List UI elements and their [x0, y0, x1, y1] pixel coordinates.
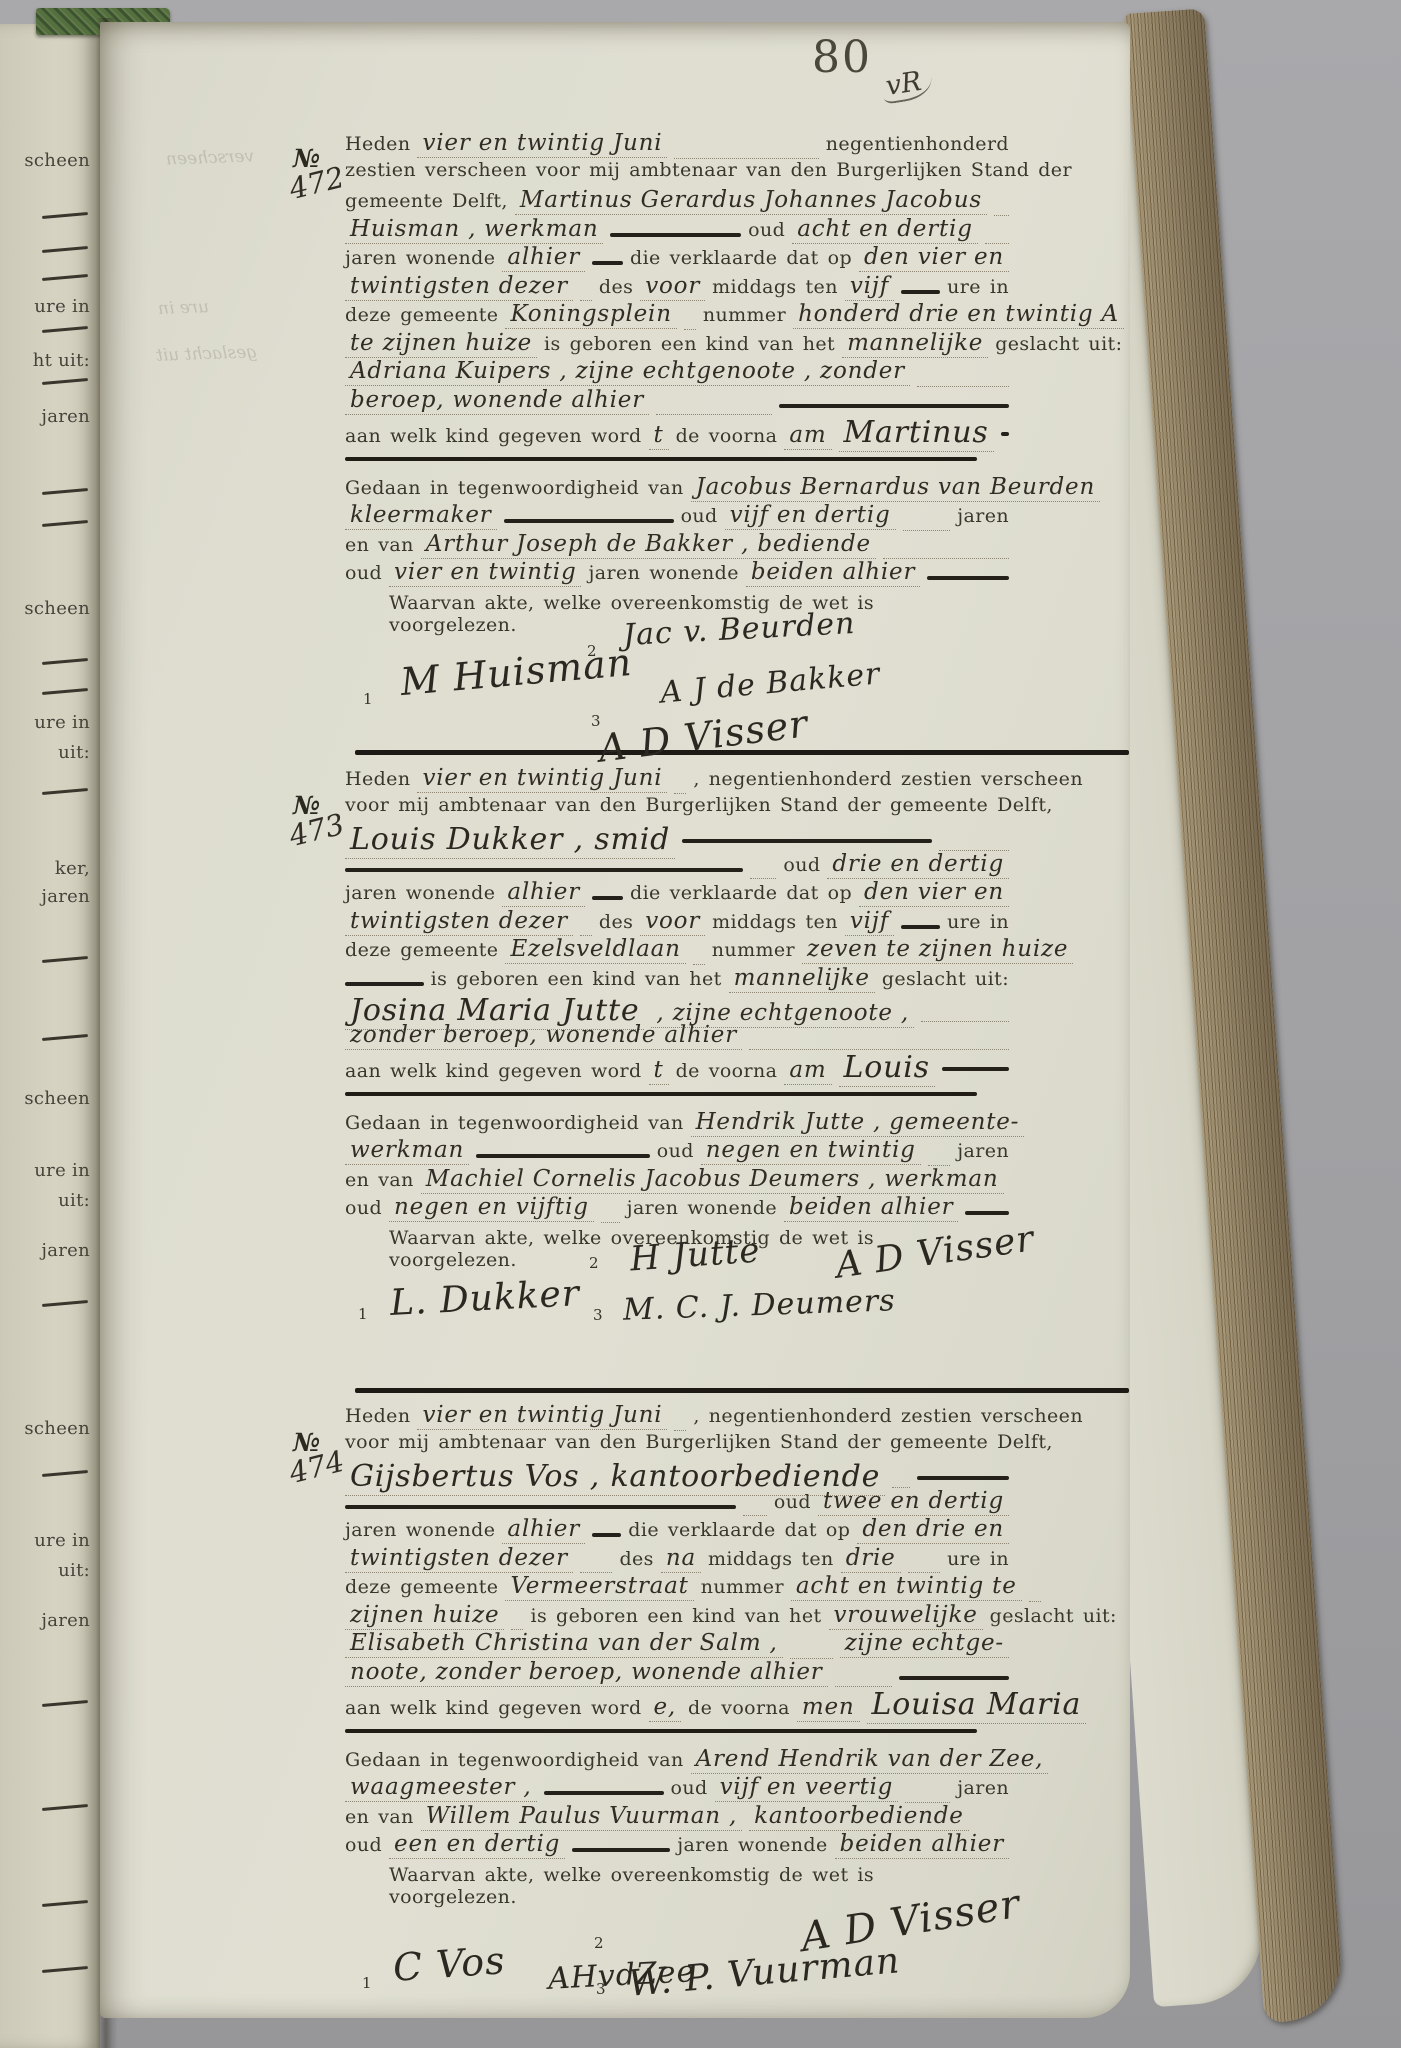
- facing-page-ink-stroke: [42, 688, 88, 695]
- facing-page-text-fragment: jaren: [0, 1240, 90, 1261]
- declaration-line: jaren wonendealhierdie verklaarde dat op…: [345, 244, 1009, 273]
- facing-page-ink-stroke: [42, 1300, 88, 1307]
- handwritten-text: Arend Hendrik van der Zee,: [691, 1746, 1049, 1774]
- printed-text: nummer: [703, 304, 786, 326]
- handwritten-text: Machiel Cornelis Jacobus Deumers , werkm…: [421, 1166, 1004, 1194]
- declaration-line: Louis Dukker , smid: [345, 822, 1009, 851]
- printed-text: des: [619, 1548, 653, 1570]
- signature-index: 2: [589, 1254, 599, 1272]
- ink-blank-rule: [682, 839, 932, 843]
- handwritten-text: voor: [640, 908, 705, 936]
- declaration-line: Elisabeth Christina van der Salm ,zijne …: [345, 1630, 1009, 1659]
- handwritten-text: zonder beroep, wonende alhier: [345, 1022, 742, 1050]
- witness-line: oudeen en dertigjaren wonendebeiden alhi…: [345, 1831, 1009, 1860]
- printed-text: jaren wonende: [345, 247, 495, 269]
- handwritten-text: twintigsten dezer: [345, 273, 573, 301]
- dotted-leader: [656, 409, 772, 415]
- ink-blank-rule: [901, 925, 940, 929]
- printed-text: des: [599, 276, 633, 298]
- printed-text: die verklaarde dat op: [630, 247, 852, 269]
- facing-page-text-fragment: ure in: [0, 1160, 90, 1181]
- page-number: 80: [812, 32, 872, 83]
- signature: A D Visser: [596, 701, 810, 770]
- dotted-leader: [994, 210, 1009, 216]
- signature: C Vos: [392, 1938, 507, 1990]
- ink-blank-rule: [345, 982, 424, 986]
- ink-blank-rule: [592, 261, 623, 265]
- handwritten-text: t: [649, 1057, 669, 1085]
- declaration-line: zijnen huizeis geboren een kind van hetv…: [345, 1602, 1009, 1631]
- handwritten-text: honderd drie en twintig A: [793, 301, 1124, 329]
- facing-page-text-fragment: uit:: [0, 742, 90, 763]
- declaration-line: zestien verscheen voor mij ambtenaar van…: [345, 159, 1009, 188]
- printed-text: middags ten: [708, 1548, 834, 1570]
- handwritten-text: e,: [649, 1694, 682, 1722]
- signature-index: 1: [362, 1974, 372, 1992]
- facing-page-ink-stroke: [42, 326, 88, 333]
- declaration-line: te zijnen huizeis geboren een kind van h…: [345, 330, 1009, 359]
- signature: M. C. J. Deumers: [622, 1283, 896, 1327]
- printed-text: oud: [345, 1834, 382, 1856]
- dotted-leader: [903, 525, 951, 531]
- printed-text: Heden: [345, 1405, 410, 1427]
- ink-blank-rule: [899, 1676, 1009, 1680]
- facing-page-ink-stroke: [42, 1034, 88, 1041]
- facing-page-ink-stroke: [42, 788, 88, 795]
- printed-text: en van: [345, 534, 414, 556]
- declaration-line: Adriana Kuipers , zijne echtgenoote , zo…: [345, 358, 1009, 387]
- handwritten-text: Koningsplein: [505, 301, 676, 329]
- handwritten-text: een en dertig: [389, 1831, 565, 1859]
- handwritten-text: drie en dertig: [827, 851, 1009, 879]
- witness-line: en vanMachiel Cornelis Jacobus Deumers ,…: [345, 1166, 1009, 1195]
- facing-page-ink-stroke: [42, 1804, 88, 1811]
- signature: L. Dukker: [389, 1273, 581, 1324]
- ink-blank-rule: [779, 404, 1009, 408]
- ink-blank-rule: [592, 896, 623, 900]
- printed-text: aan welk kind gegeven word: [345, 1697, 642, 1719]
- declaration-line: jaren wonendealhierdie verklaarde dat op…: [345, 1516, 1009, 1545]
- ink-blank-rule: [942, 1067, 1009, 1071]
- handwritten-text: vier en twintig Juni: [417, 765, 667, 793]
- facing-page-edge: scheenure inht uit:jarenscheenure inuit:…: [0, 24, 100, 2048]
- ink-blank-rule: [544, 1791, 664, 1795]
- handwritten-text: am: [784, 1057, 831, 1085]
- witness-line: Gedaan in tegenwoordigheid vanArend Hend…: [345, 1746, 1009, 1775]
- facing-page-text-fragment: jaren: [0, 1610, 90, 1631]
- facing-page-ink-stroke: [42, 1900, 88, 1907]
- printed-text: gemeente Delft,: [345, 190, 508, 212]
- handwritten-text: den vier en: [859, 879, 1009, 907]
- record-number: №472: [293, 144, 347, 207]
- printed-text: oud: [345, 1197, 382, 1219]
- declaration-line: aan welk kind gegeven wordtde voornaamLo…: [345, 1050, 1009, 1079]
- facing-page-text-fragment: uit:: [0, 1560, 90, 1581]
- printed-text: die verklaarde dat op: [630, 882, 852, 904]
- handwritten-text: mannelijke: [842, 330, 988, 358]
- printed-text: deze gemeente: [345, 1576, 498, 1598]
- facing-page-ink-stroke: [42, 212, 88, 219]
- printed-text: oud: [774, 1491, 811, 1513]
- declaration-line: noote, zonder beroep, wonende alhier: [345, 1659, 1009, 1688]
- printed-text: Gedaan in tegenwoordigheid van: [345, 1749, 684, 1771]
- signature-index: 2: [594, 1934, 604, 1952]
- printed-text: Gedaan in tegenwoordigheid van: [345, 477, 684, 499]
- dotted-leader: [601, 1217, 620, 1223]
- declaration-line: Gijsbertus Vos , kantoorbediende: [345, 1459, 1009, 1488]
- facing-page-ink-stroke: [42, 658, 88, 665]
- printed-text: en van: [345, 1806, 414, 1828]
- printed-text: negentienhonderd: [826, 133, 1009, 155]
- section-rule: [345, 457, 977, 461]
- handwritten-text: na: [661, 1545, 701, 1573]
- signature-index: 1: [363, 690, 373, 708]
- printed-text: , negentienhonderd zestien verscheen: [693, 1405, 1083, 1427]
- dotted-leader: [684, 324, 696, 330]
- witness-line: oudnegen en vijftigjaren wonendebeiden a…: [345, 1194, 1009, 1223]
- handwritten-text: Willem Paulus Vuurman ,: [421, 1803, 742, 1831]
- ink-blank-rule: [610, 233, 741, 237]
- printed-text: middags ten: [712, 911, 838, 933]
- handwritten-text: zijne echtge-: [840, 1630, 1009, 1658]
- dotted-leader: [921, 1016, 1009, 1022]
- ink-blank-rule: [345, 1505, 736, 1509]
- handwritten-text: Huisman , werkman: [345, 216, 603, 244]
- printed-text: ure in: [947, 911, 1009, 933]
- witness-line: en vanArthur Joseph de Bakker , bediende: [345, 531, 1009, 560]
- printed-text: zestien verscheen voor mij ambtenaar van…: [345, 159, 1072, 181]
- handwritten-text: voor: [640, 273, 705, 301]
- declaration-line: Huisman , werkmanoudacht en dertig: [345, 216, 1009, 245]
- signature-index: 3: [596, 1980, 606, 1998]
- handwritten-text: beroep, wonende alhier: [345, 387, 649, 415]
- printed-text: jaren wonende: [627, 1197, 777, 1219]
- printed-text: , negentienhonderd zestien verscheen: [693, 768, 1083, 790]
- declaration-line: deze gemeenteVermeerstraatnummeracht en …: [345, 1573, 1009, 1602]
- ink-blank-rule: [345, 868, 743, 872]
- handwritten-text: vijf: [845, 273, 894, 301]
- witness-line: en vanWillem Paulus Vuurman ,kantoorbedi…: [345, 1803, 1009, 1832]
- declaration-line: twintigsten dezerdesvoormiddags tenvijfu…: [345, 273, 1009, 302]
- printed-text: jaren: [957, 1777, 1009, 1799]
- handwritten-text: vijf: [845, 908, 894, 936]
- facing-page-text-fragment: ht uit:: [0, 350, 90, 371]
- printed-text: Gedaan in tegenwoordigheid van: [345, 1112, 684, 1134]
- handwritten-text: te zijnen huize: [345, 330, 537, 358]
- handwritten-text: negen en vijftig: [389, 1194, 594, 1222]
- printed-text: geslacht uit:: [882, 968, 1009, 990]
- printed-text: jaren wonende: [588, 562, 738, 584]
- facing-page-ink-stroke: [42, 488, 88, 495]
- handwritten-text: vier en twintig Juni: [417, 130, 667, 158]
- facing-page-ink-stroke: [42, 1966, 88, 1973]
- dotted-leader: [743, 1510, 767, 1516]
- section-rule: [345, 1729, 977, 1733]
- declaration-line: voor mij ambtenaar van den Burgerlijken …: [345, 1431, 1009, 1460]
- printed-text: de voorna: [676, 1060, 778, 1082]
- facing-page-ink-stroke: [42, 378, 88, 385]
- printed-text: oud: [657, 1140, 694, 1162]
- handwritten-text: kantoorbediende: [749, 1803, 969, 1831]
- printed-text: en van: [345, 1169, 414, 1191]
- handwritten-text: acht en twintig te: [791, 1573, 1022, 1601]
- ink-blank-rule: [965, 1211, 1009, 1215]
- declaration-line: Hedenvier en twintig Juni, negentienhond…: [345, 765, 1009, 794]
- handwritten-text: Elisabeth Christina van der Salm ,: [345, 1630, 783, 1658]
- ink-blank-rule: [927, 576, 1009, 580]
- witness-line: Gedaan in tegenwoordigheid vanJacobus Be…: [345, 474, 1009, 503]
- handwritten-text: vijf en veertig: [715, 1774, 899, 1802]
- handwritten-text: Hendrik Jutte , gemeente-: [691, 1109, 1025, 1137]
- handwritten-text: men: [797, 1694, 860, 1722]
- handwritten-text: twee en dertig: [818, 1488, 1009, 1516]
- ink-blank-rule: [572, 1848, 670, 1852]
- declaration-line: aan welk kind gegeven wordtde voornaamMa…: [345, 415, 1009, 444]
- handwritten-text: vijf en dertig: [725, 502, 896, 530]
- handwritten-name: Martinus: [839, 415, 994, 452]
- scanned-register-photo: { "colors":{ "background_grey":"#a1a1a4"…: [0, 0, 1401, 2048]
- handwritten-text: acht en dertig: [792, 216, 978, 244]
- facing-page-text-fragment: scheen: [0, 1418, 90, 1439]
- dotted-leader: [917, 381, 1009, 387]
- facing-page-text-fragment: uit:: [0, 1190, 90, 1211]
- printed-text: de voorna: [688, 1697, 790, 1719]
- signature: M Huisman: [399, 640, 634, 704]
- printed-text: nummer: [701, 1576, 784, 1598]
- witness-line: kleermakeroudvijf en dertigjaren: [345, 502, 1009, 531]
- register-page: 80 vR №472Hedenvier en twintig Juninegen…: [100, 22, 1130, 2018]
- facing-page-text-fragment: scheen: [0, 598, 90, 619]
- declaration-line: gemeente Delft,Martinus Gerardus Johanne…: [345, 187, 1009, 216]
- declaration-line: Josina Maria Jutte, zijne echtgenoote ,: [345, 993, 1009, 1022]
- printed-text: de voorna: [676, 425, 778, 447]
- handwritten-text: zijnen huize: [345, 1602, 504, 1630]
- handwritten-text: den drie en: [857, 1516, 1009, 1544]
- ink-blank-rule: [901, 290, 940, 294]
- signature-index: 3: [593, 1306, 603, 1324]
- handwritten-text: twintigsten dezer: [345, 1545, 573, 1573]
- show-through-text: verscheen: [166, 146, 255, 169]
- printed-text: oud: [345, 562, 382, 584]
- declaration-line: twintigsten dezerdesvoormiddags tenvijfu…: [345, 908, 1009, 937]
- witness-line: Gedaan in tegenwoordigheid vanHendrik Ju…: [345, 1109, 1009, 1138]
- handwritten-text: mannelijke: [729, 965, 875, 993]
- witness-line: werkmanoudnegen en twintigjaren: [345, 1137, 1009, 1166]
- signature: A J de Bakker: [659, 656, 882, 710]
- handwritten-text: am: [784, 422, 831, 450]
- record-number: №473: [293, 791, 347, 854]
- facing-page-ink-stroke: [42, 274, 88, 281]
- facing-page-text-fragment: ure in: [0, 296, 90, 317]
- show-through-text: ure in: [158, 297, 210, 319]
- facing-page-ink-stroke: [42, 1470, 88, 1477]
- printed-text: aan welk kind gegeven word: [345, 425, 642, 447]
- printed-text: geslacht uit:: [995, 333, 1122, 355]
- facing-page-ink-stroke: [42, 520, 88, 527]
- signature-index: 2: [587, 642, 597, 660]
- printed-text: nummer: [712, 939, 795, 961]
- declaration-line: voor mij ambtenaar van den Burgerlijken …: [345, 794, 1009, 823]
- handwritten-text: den vier en: [859, 244, 1009, 272]
- facing-page-text-fragment: ure in: [0, 712, 90, 733]
- facing-page-text-fragment: scheen: [0, 150, 90, 171]
- printed-text: aan welk kind gegeven word: [345, 1060, 642, 1082]
- record-number: №474: [293, 1428, 347, 1491]
- printed-text: geslacht uit:: [990, 1605, 1117, 1627]
- ink-blank-rule: [592, 1533, 621, 1537]
- facing-page-text-fragment: jaren: [0, 406, 90, 427]
- handwritten-text: negen en twintig: [701, 1137, 921, 1165]
- witness-line: oudvier en twintigjaren wonendebeiden al…: [345, 559, 1009, 588]
- printed-text: jaren: [957, 505, 1009, 527]
- record-472: №472Hedenvier en twintig Juninegentienho…: [345, 130, 1009, 636]
- handwritten-text: t: [649, 422, 669, 450]
- printed-text: jaren wonende: [677, 1834, 827, 1856]
- declaration-line: twintigsten dezerdesnamiddags tendrieure…: [345, 1545, 1009, 1574]
- declaration-line: Hedenvier en twintig Juninegentienhonder…: [345, 130, 1009, 159]
- declaration-line: aan welk kind gegeven worde,de voornamen…: [345, 1687, 1009, 1716]
- handwritten-text: beiden alhier: [784, 1194, 958, 1222]
- handwritten-text: noote, zonder beroep, wonende alhier: [345, 1659, 828, 1687]
- declaration-line: Hedenvier en twintig Juni, negentienhond…: [345, 1402, 1009, 1431]
- printed-text: voor mij ambtenaar van den Burgerlijken …: [345, 1431, 1053, 1453]
- handwritten-text: beiden alhier: [746, 559, 920, 587]
- dotted-leader: [750, 873, 776, 879]
- printed-text: is geboren een kind van het: [544, 333, 835, 355]
- declaration-line: is geboren een kind van hetmannelijkeges…: [345, 965, 1009, 994]
- handwritten-name: Louis Dukker , smid: [345, 822, 675, 859]
- ink-blank-rule: [476, 1154, 650, 1158]
- printed-text: oud: [671, 1777, 708, 1799]
- show-through-text: geslacht uit: [156, 342, 258, 366]
- printed-text: oud: [748, 219, 785, 241]
- handwritten-text: alhier: [502, 1516, 585, 1544]
- corner-ink-mark: vR: [880, 64, 934, 104]
- handwritten-text: Vermeerstraat: [505, 1573, 693, 1601]
- handwritten-text: Ezelsveldlaan: [505, 936, 685, 964]
- handwritten-text: drie: [841, 1545, 901, 1573]
- handwritten-text: alhier: [502, 879, 585, 907]
- printed-text: die verklaarde dat op: [628, 1519, 850, 1541]
- printed-text: oud: [783, 854, 820, 876]
- printed-text: ure in: [947, 1548, 1009, 1570]
- handwritten-text: vrouwelijke: [829, 1602, 983, 1630]
- record-474: №474Hedenvier en twintig Juni, negentien…: [345, 1402, 1009, 1908]
- handwritten-text: alhier: [502, 244, 585, 272]
- dotted-leader: [693, 959, 705, 965]
- facing-page-ink-stroke: [42, 246, 88, 253]
- record-473: №473Hedenvier en twintig Juni, negentien…: [345, 765, 1009, 1271]
- handwritten-text: waagmeester ,: [345, 1774, 537, 1802]
- handwritten-text: Arthur Joseph de Bakker , bediende: [421, 531, 876, 559]
- handwritten-text: Martinus Gerardus Johannes Jacobus: [515, 187, 987, 215]
- facing-page-text-fragment: ure in: [0, 1530, 90, 1551]
- facing-page-ink-stroke: [42, 1700, 88, 1707]
- declaration-line: deze gemeenteEzelsveldlaannummerzeven te…: [345, 936, 1009, 965]
- printed-text: jaren wonende: [345, 1519, 495, 1541]
- facing-page-text-fragment: jaren: [0, 886, 90, 907]
- dotted-leader: [1029, 1596, 1041, 1602]
- printed-text: oud: [681, 505, 718, 527]
- printed-text: Heden: [345, 133, 410, 155]
- handwritten-text: Adriana Kuipers , zijne echtgenoote , zo…: [345, 358, 910, 386]
- printed-text: deze gemeente: [345, 939, 498, 961]
- printed-text: voor mij ambtenaar van den Burgerlijken …: [345, 794, 1053, 816]
- declaration-line: deze gemeenteKoningspleinnummerhonderd d…: [345, 301, 1009, 330]
- handwritten-text: zeven te zijnen huize: [802, 936, 1073, 964]
- handwritten-text: werkman: [345, 1137, 469, 1165]
- printed-text: ure in: [947, 276, 1009, 298]
- handwritten-text: vier en twintig Juni: [417, 1402, 667, 1430]
- handwritten-text: beiden alhier: [835, 1831, 1009, 1859]
- ink-blank-rule: [504, 519, 674, 523]
- handwritten-text: Jacobus Bernardus van Beurden: [691, 474, 1101, 502]
- signature-index: 1: [358, 1305, 368, 1323]
- facing-page-text-fragment: scheen: [0, 1088, 90, 1109]
- handwritten-text: vier en twintig: [389, 559, 581, 587]
- facing-page-ink-stroke: [42, 956, 88, 963]
- printed-text: is geboren een kind van het: [530, 1605, 821, 1627]
- printed-text: deze gemeente: [345, 304, 498, 326]
- ink-blank-rule: [1001, 432, 1009, 436]
- printed-text: Heden: [345, 768, 410, 790]
- ink-blank-rule: [917, 1476, 1009, 1480]
- handwritten-name: Louisa Maria: [867, 1687, 1087, 1724]
- signature: H Jutte: [629, 1230, 762, 1279]
- witness-line: waagmeester ,oudvijf en veertigjaren: [345, 1774, 1009, 1803]
- record-divider-rule: [355, 1388, 1129, 1393]
- signature: W. P. Vuurman: [627, 1940, 902, 2005]
- facing-page-text-fragment: ker,: [0, 858, 90, 879]
- handwritten-text: twintigsten dezer: [345, 908, 573, 936]
- printed-text: des: [599, 911, 633, 933]
- printed-text: jaren wonende: [345, 882, 495, 904]
- handwritten-name: Louis: [839, 1050, 935, 1087]
- declaration-line: beroep, wonende alhier: [345, 387, 1009, 416]
- printed-text: middags ten: [712, 276, 838, 298]
- section-rule: [345, 1092, 977, 1096]
- printed-text: jaren: [957, 1140, 1009, 1162]
- printed-text: is geboren een kind van het: [431, 968, 722, 990]
- declaration-line: jaren wonendealhierdie verklaarde dat op…: [345, 879, 1009, 908]
- handwritten-text: kleermaker: [345, 502, 497, 530]
